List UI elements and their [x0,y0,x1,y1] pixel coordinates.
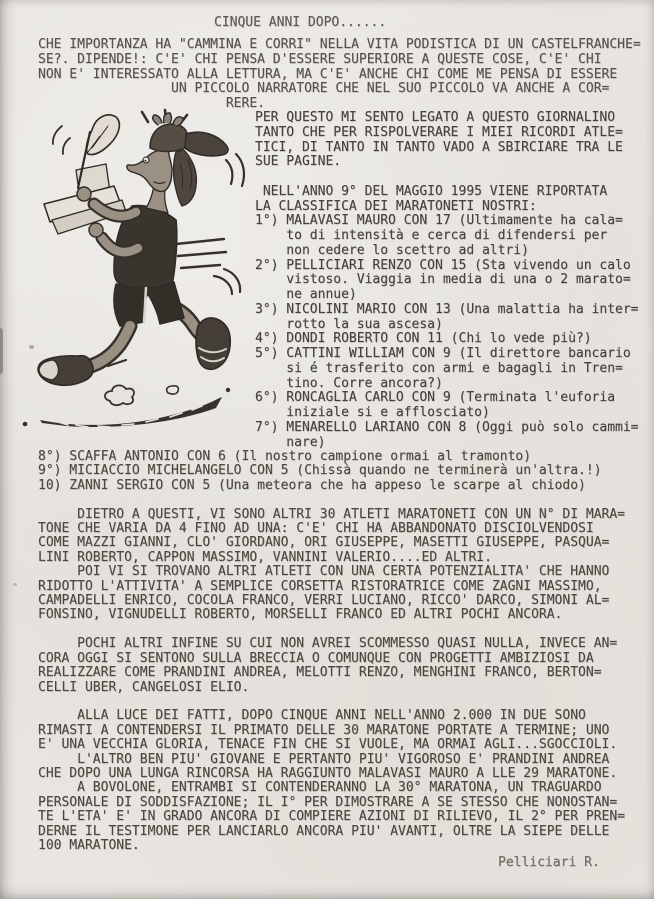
face [127,149,172,191]
scan-speck [13,583,17,586]
intro-paragraph: CHE IMPORTANZA HA "CAMMINA E CORRI" NELL… [38,38,641,112]
quill-feather [86,115,119,155]
scanned-newsletter-page: CINQUE ANNI DOPO...... CHE IMPORTANZA HA… [0,0,654,899]
quill-hand [77,187,91,201]
marathon-ranking-column: PER QUESTO MI SENTO LEGATO A QUESTO GIOR… [255,111,639,450]
paper-hand [89,223,103,237]
scan-edge-mark [0,328,3,374]
runner-figure [38,113,230,385]
scan-speck [29,345,34,349]
shorts [114,282,184,326]
body-paragraphs: 8°) SCAFFA ANTONIO CON 6 (Il nostro camp… [38,450,625,853]
cap-bill [185,132,228,156]
runner-cartoon-illustration [18,108,256,452]
cap-crown [150,124,188,152]
hair [174,150,197,206]
page-title: CINQUE ANNI DOPO...... [214,15,386,30]
author-signature: Pelliciari R. [498,855,600,870]
